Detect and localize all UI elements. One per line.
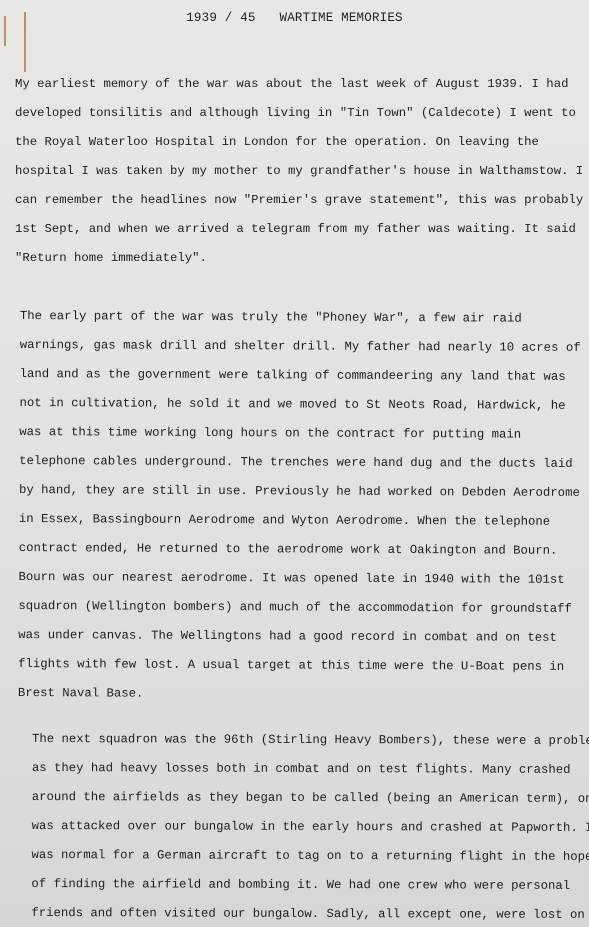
text-line: not in cultivation, he sold it and we mo…: [19, 389, 580, 421]
text-line: Brest Naval Base.: [18, 679, 579, 711]
text-line: squadron (Wellington bombers) and much o…: [18, 592, 579, 624]
text-line: in Essex, Bassingbourn Aerodrome and Wyt…: [19, 505, 580, 537]
title-text: WARTIME MEMORIES: [280, 11, 403, 25]
text-line: as they had heavy losses both in combat …: [32, 754, 589, 785]
text-line: was attacked over our bungalow in the ea…: [32, 812, 589, 843]
text-line: My earliest memory of the war was about …: [15, 70, 583, 99]
paragraph-2: The early part of the war was truly the …: [18, 302, 581, 711]
text-line: was at this time working long hours on t…: [19, 418, 580, 450]
title-years: 1939 / 45: [186, 11, 255, 25]
text-line: the Royal Waterloo Hospital in London fo…: [15, 128, 583, 157]
page-title: 1939 / 45WARTIME MEMORIES: [0, 11, 589, 25]
text-line: land and as the government were talking …: [20, 360, 581, 392]
text-line: 1st Sept, and when we arrived a telegram…: [15, 215, 583, 244]
document-page: 1939 / 45WARTIME MEMORIES My earliest me…: [0, 0, 589, 927]
text-line: was normal for a German aircraft to tag …: [31, 841, 589, 872]
paragraph-1: My earliest memory of the war was about …: [15, 70, 583, 273]
text-line: flights with few lost. A usual target at…: [18, 650, 579, 682]
text-line: The next squadron was the 96th (Stirling…: [32, 725, 589, 756]
text-line: developed tonsilitis and although living…: [15, 99, 583, 128]
paragraph-3: The next squadron was the 96th (Stirling…: [31, 725, 589, 927]
text-line: telephone cables underground. The trench…: [19, 447, 580, 479]
text-line: Bourn was our nearest aerodrome. It was …: [18, 563, 579, 595]
text-line: was under canvas. The Wellingtons had a …: [18, 621, 579, 653]
text-line: by hand, they are still in use. Previous…: [19, 476, 580, 508]
text-line: hospital I was taken by my mother to my …: [15, 157, 583, 186]
text-line: warnings, gas mask drill and shelter dri…: [20, 331, 581, 363]
text-line: friends and often visited our bungalow. …: [31, 899, 589, 927]
text-line: "Return home immediately".: [15, 244, 583, 273]
text-line: of finding the airfield and bombing it. …: [31, 870, 589, 901]
text-line: The early part of the war was truly the …: [20, 302, 581, 334]
text-line: contract ended, He returned to the aerod…: [19, 534, 580, 566]
text-line: around the airfields as they began to be…: [32, 783, 589, 814]
text-line: can remember the headlines now "Premier'…: [15, 186, 583, 215]
